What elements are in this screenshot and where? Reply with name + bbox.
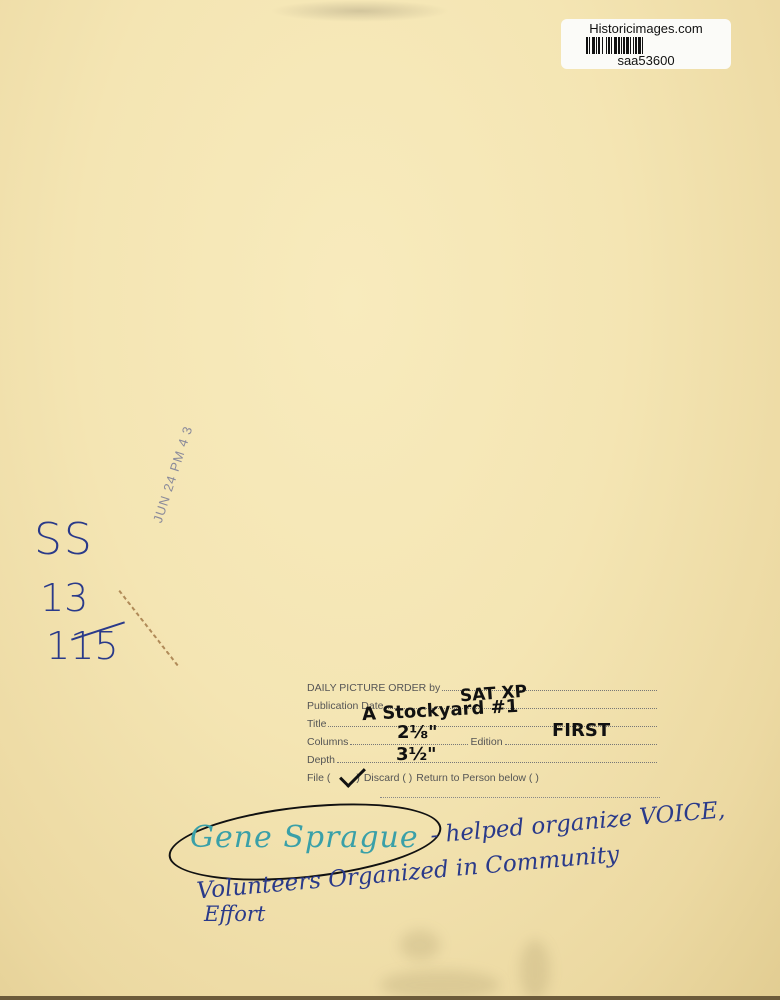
edition-label: Edition <box>470 736 502 748</box>
barcode <box>586 37 706 54</box>
margin-note-3: 115 <box>46 624 119 668</box>
label-site: Historicimages.com <box>561 21 731 36</box>
return-option: Return to Person below ( ) <box>416 772 539 784</box>
caption-line-3: Effort <box>204 902 265 926</box>
depth-value: 3½" <box>396 744 437 765</box>
form-heading: DAILY PICTURE ORDER by <box>307 682 440 694</box>
label-code: saa53600 <box>561 54 731 68</box>
stain <box>400 930 440 960</box>
depth-label: Depth <box>307 754 335 766</box>
caption-name: Gene Sprague <box>190 820 419 855</box>
bottom-edge <box>0 996 780 1000</box>
barcode-label: Historicimages.com saa53600 <box>561 19 731 69</box>
signature-line <box>380 797 660 798</box>
margin-note-2: 13 <box>40 576 88 620</box>
stain <box>520 940 550 1000</box>
columns-value: 2⅛" <box>397 722 438 743</box>
file-option: File ( <box>307 772 330 784</box>
title-label: Title <box>307 718 326 730</box>
top-smudge <box>270 0 450 22</box>
edition-value: FIRST <box>552 720 610 741</box>
columns-label: Columns <box>307 736 348 748</box>
discard-option: Discard ( ) <box>364 772 412 784</box>
margin-note-1: SS <box>34 514 94 565</box>
